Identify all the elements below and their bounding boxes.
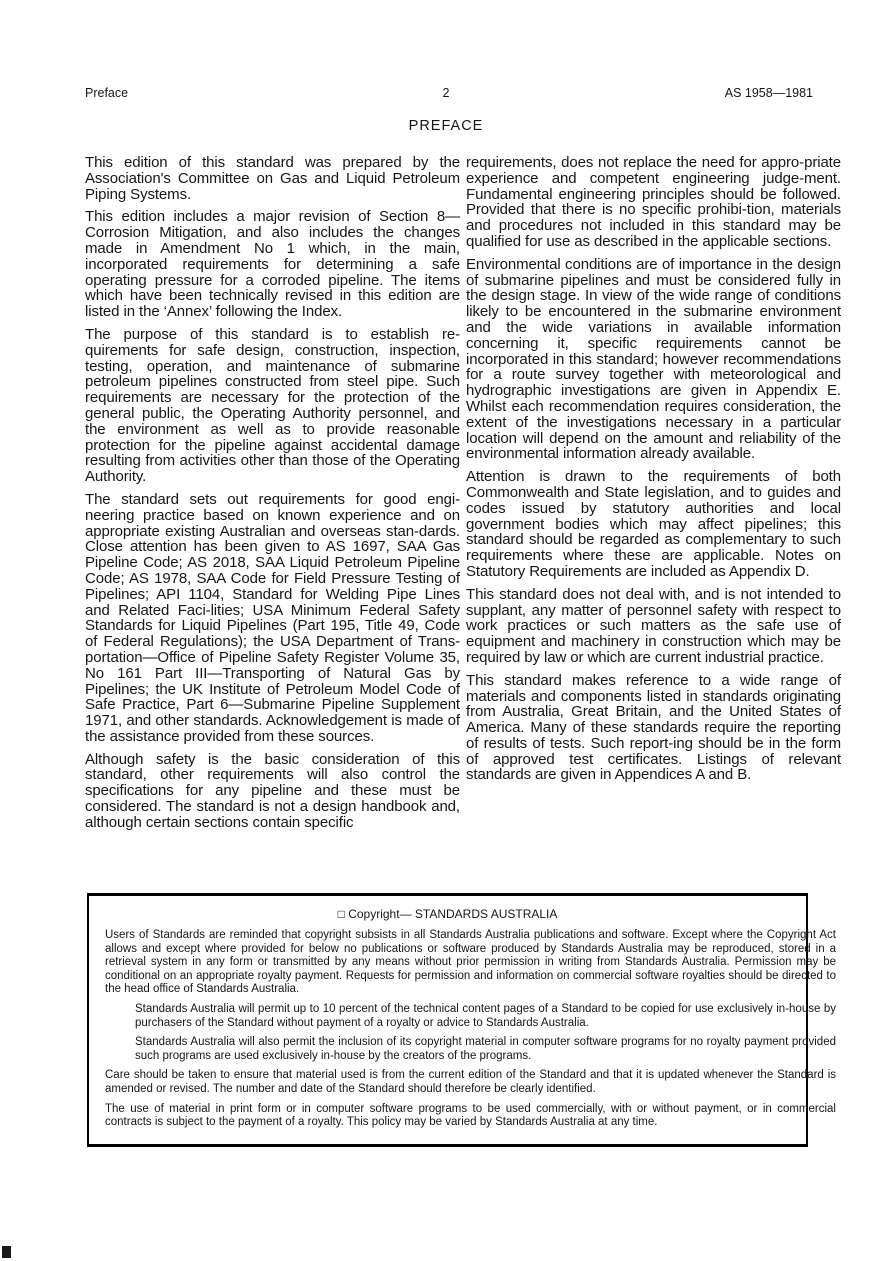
paragraph: The purpose of this standard is to estab… [85, 327, 460, 485]
paragraph: This edition of this standard was prepar… [85, 155, 460, 202]
paragraph: Environmental conditions are of importan… [466, 257, 841, 462]
paragraph: This edition includes a major revision o… [85, 209, 460, 320]
paragraph: Attention is drawn to the requirements o… [466, 469, 841, 580]
paragraph: Although safety is the basic considerati… [85, 752, 460, 831]
left-column: This edition of this standard was prepar… [85, 155, 460, 838]
copyright-heading: □ Copyright— STANDARDS AUSTRALIA [89, 907, 806, 921]
copyright-paragraph: The use of material in print form or in … [105, 1103, 836, 1130]
header-standard-number: AS 1958—1981 [725, 86, 813, 100]
paragraph: This standard does not deal with, and is… [466, 587, 841, 666]
copyright-paragraph: Care should be taken to ensure that mate… [105, 1069, 836, 1096]
page-title: PREFACE [0, 118, 892, 134]
paragraph: requirements, does not replace the need … [466, 155, 841, 250]
paragraph: The standard sets out requirements for g… [85, 492, 460, 745]
copyright-paragraph: Users of Standards are reminded that cop… [105, 929, 836, 997]
copyright-paragraph-indented: Standards Australia will also permit the… [135, 1036, 836, 1063]
right-column: requirements, does not replace the need … [466, 155, 841, 838]
paragraph: This standard makes reference to a wide … [466, 673, 841, 784]
document-page: Preface 2 AS 1958—1981 PREFACE This edit… [0, 0, 892, 1261]
copyright-paragraph-indented: Standards Australia will permit up to 10… [135, 1003, 836, 1030]
two-column-body: This edition of this standard was prepar… [85, 155, 841, 838]
copyright-notice-box: □ Copyright— STANDARDS AUSTRALIA Users o… [87, 893, 808, 1147]
copyright-body: Users of Standards are reminded that cop… [89, 929, 836, 1130]
scan-artifact [2, 1246, 11, 1258]
